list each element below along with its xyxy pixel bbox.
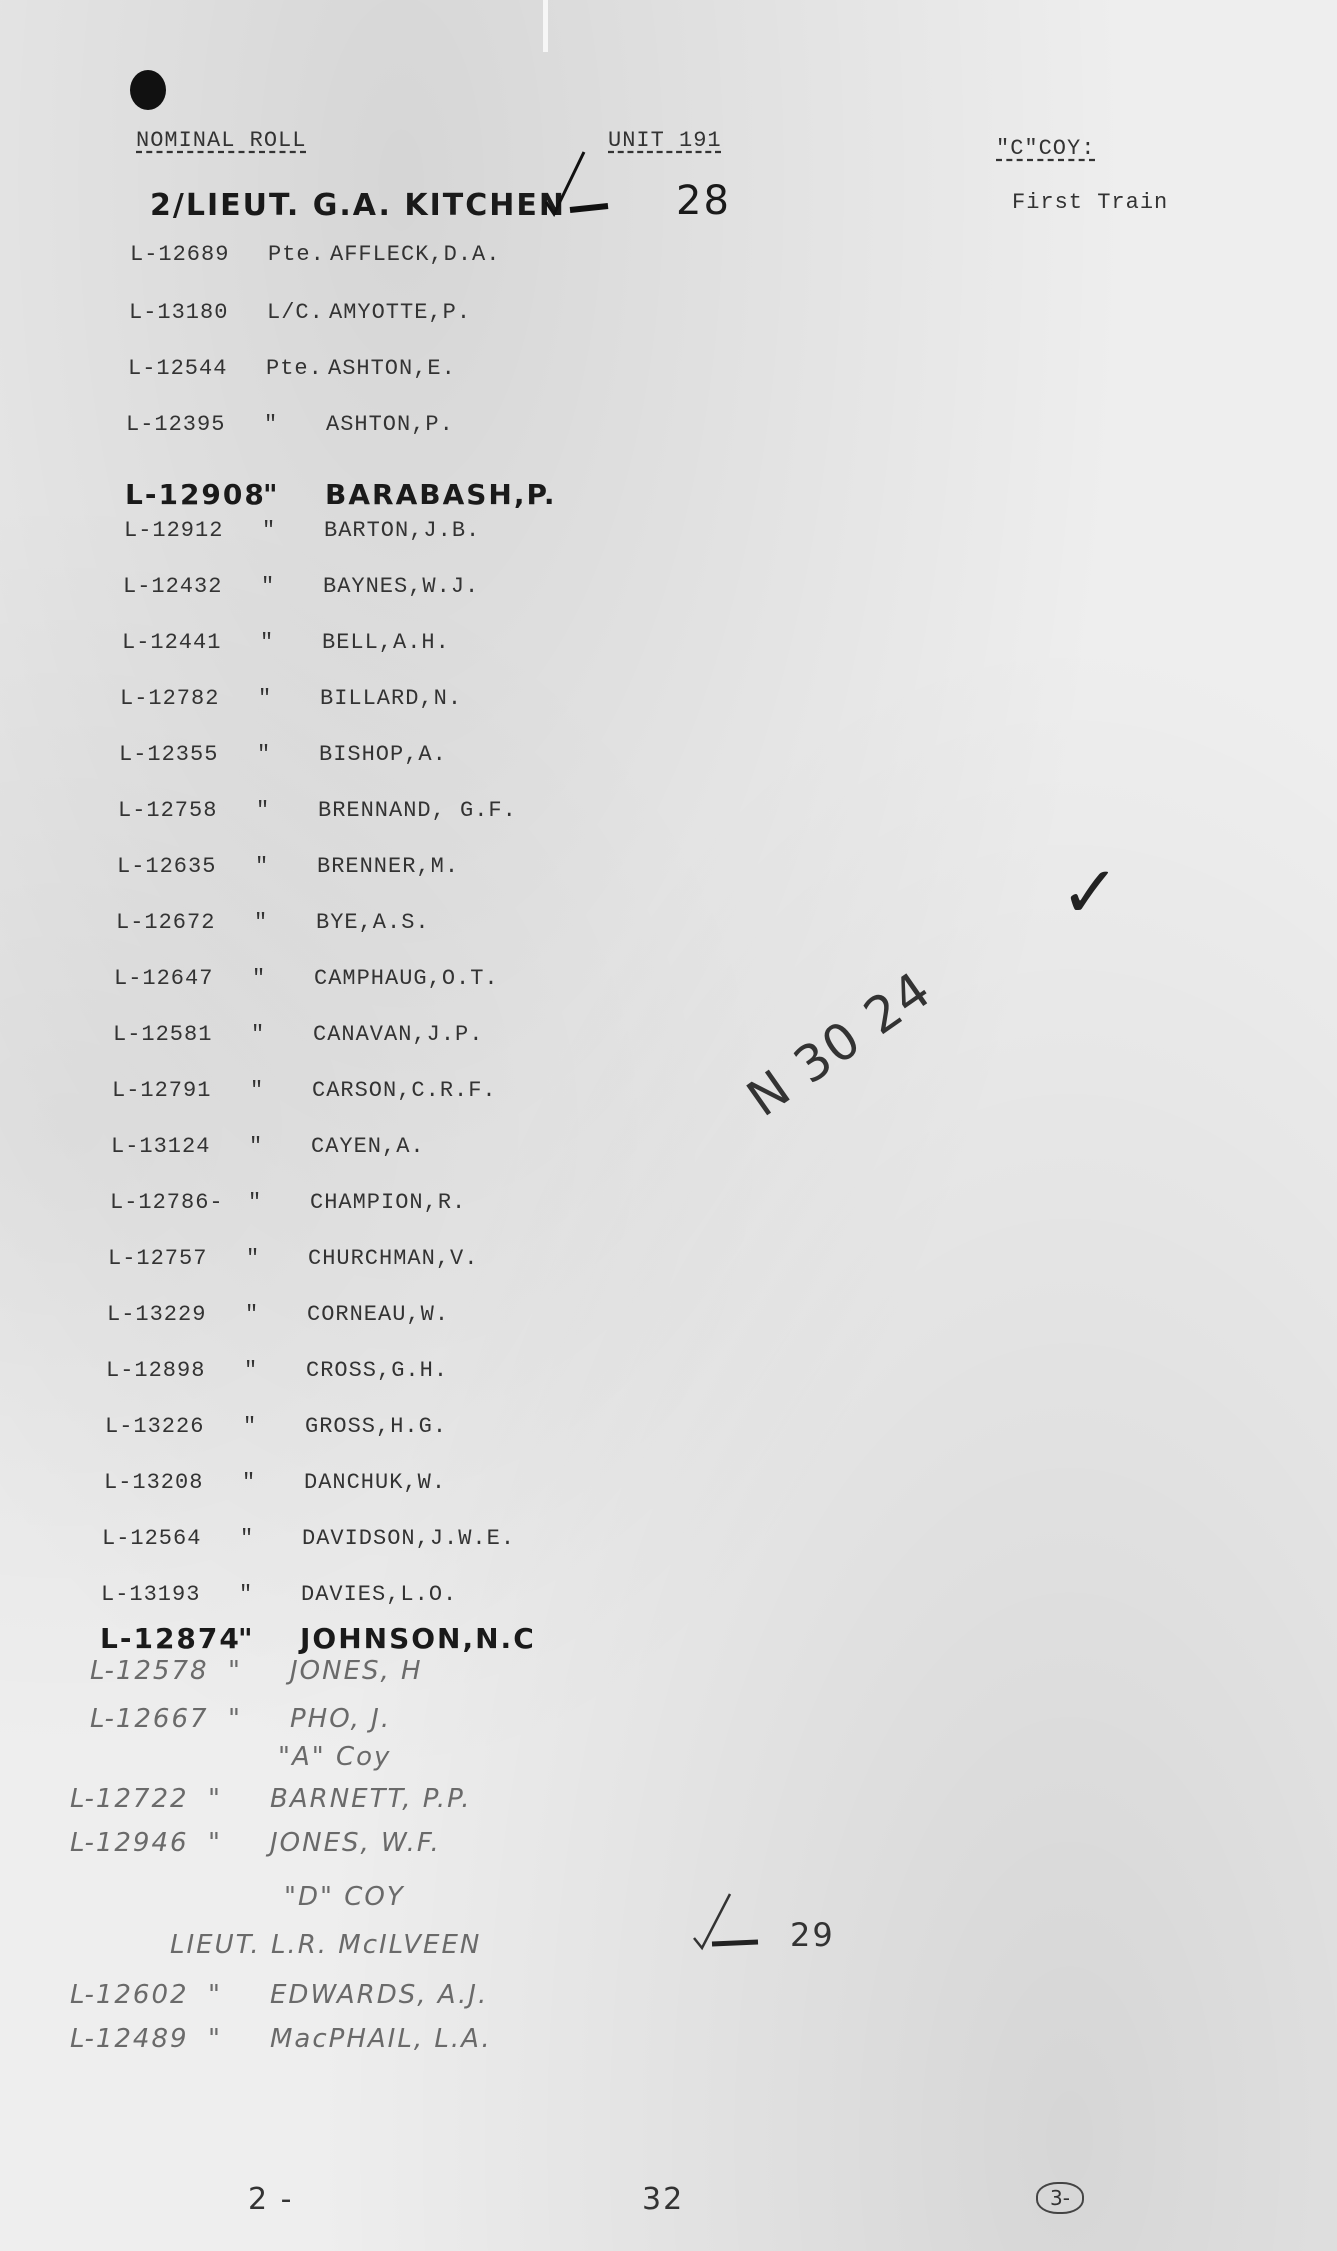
margin-annotation: N 30 24 <box>737 960 943 1128</box>
rank: " <box>208 1980 222 2010</box>
soldier-name: BARABASH,P. <box>325 478 557 511</box>
service-number: L-12672 <box>116 910 215 935</box>
scan-artifact <box>543 0 548 52</box>
tick-icon <box>690 1890 770 1960</box>
service-number: L-12544 <box>128 356 227 381</box>
service-number: L-12441 <box>122 630 221 655</box>
rank: " <box>242 1470 256 1495</box>
rank: Pte. <box>268 242 325 267</box>
service-number: L-12689 <box>130 242 229 267</box>
rank: " <box>208 1784 222 1814</box>
soldier-name: DANCHUK,W. <box>304 1470 446 1495</box>
service-number: L-13229 <box>107 1302 206 1327</box>
soldier-name: MacPHAIL, L.A. <box>270 2024 492 2054</box>
soldier-name: BRENNER,M. <box>317 854 459 879</box>
soldier-name: DAVIDSON,J.W.E. <box>302 1526 515 1551</box>
rank: " <box>243 1414 257 1439</box>
soldier-name: CHURCHMAN,V. <box>308 1246 478 1271</box>
service-number: L-12786- <box>110 1190 224 1215</box>
unit-label: UNIT 191 <box>608 128 722 153</box>
service-number: L-13124 <box>111 1134 210 1159</box>
rank: " <box>260 630 274 655</box>
rank: " <box>208 1828 222 1858</box>
soldier-name: BYE,A.S. <box>316 910 430 935</box>
soldier-name: ASHTON,E. <box>328 356 456 381</box>
service-number: L-12912 <box>124 518 223 543</box>
train-label: First Train <box>1012 190 1168 215</box>
soldier-name: BILLARD,N. <box>320 686 462 711</box>
rank: " <box>244 1358 258 1383</box>
service-number: L-12667 <box>90 1704 209 1734</box>
service-number: L-12946 <box>70 1828 189 1858</box>
soldier-name: CANAVAN,J.P. <box>313 1022 483 1047</box>
rank: " <box>257 742 271 767</box>
tick-icon <box>540 150 620 220</box>
rank: L/C. <box>267 300 324 325</box>
service-number: L-12791 <box>112 1078 211 1103</box>
rank: " <box>228 1656 242 1686</box>
service-number: L-12647 <box>114 966 213 991</box>
soldier-name: CROSS,G.H. <box>306 1358 448 1383</box>
service-number: L-12874 <box>100 1622 241 1655</box>
rank: Pte. <box>266 356 323 381</box>
margin-check-icon: ✓ <box>1060 850 1122 934</box>
rank: " <box>238 1622 255 1655</box>
soldier-name: ASHTON,P. <box>326 412 454 437</box>
service-number: L-12564 <box>102 1526 201 1551</box>
soldier-name: BRENNAND, G.F. <box>318 798 517 823</box>
service-number: L-12355 <box>119 742 218 767</box>
rank: " <box>250 1078 264 1103</box>
company-label: "C"COY: <box>996 136 1095 161</box>
rank: " <box>246 1246 260 1271</box>
section-d-officer: LIEUT. L.R. McILVEEN <box>170 1930 481 1960</box>
officer-handwritten: 2/LIEUT. G.A. KITCHEN <box>150 188 566 223</box>
soldier-name: DAVIES,L.O. <box>301 1582 457 1607</box>
service-number: L-13208 <box>104 1470 203 1495</box>
rank: " <box>249 1134 263 1159</box>
document-title: NOMINAL ROLL <box>136 128 306 153</box>
service-number: L-12489 <box>70 2024 189 2054</box>
rank: " <box>263 478 280 511</box>
soldier-name: PHO, J. <box>290 1704 391 1734</box>
soldier-name: CHAMPION,R. <box>310 1190 466 1215</box>
rank: " <box>228 1704 242 1734</box>
footer-left-number: 2 - <box>248 2182 293 2217</box>
service-number: L-12757 <box>108 1246 207 1271</box>
service-number: L-13180 <box>129 300 228 325</box>
service-number: L-12908 <box>125 478 266 511</box>
footer-circled-number: 3- <box>1036 2182 1084 2214</box>
service-number: L-12395 <box>126 412 225 437</box>
footer-page-number: 32 <box>642 2182 684 2217</box>
rank: " <box>240 1526 254 1551</box>
section-a-heading: "A" Coy <box>278 1742 391 1772</box>
scanned-document-page: NOMINAL ROLL UNIT 191 "C"COY: First Trai… <box>0 0 1337 2251</box>
service-number: L-12578 <box>90 1656 209 1686</box>
rank: " <box>251 1022 265 1047</box>
rank: " <box>262 518 276 543</box>
soldier-name: BAYNES,W.J. <box>323 574 479 599</box>
officer-count: 28 <box>676 178 731 224</box>
soldier-name: BARNETT, P.P. <box>270 1784 472 1814</box>
soldier-name: CORNEAU,W. <box>307 1302 449 1327</box>
soldier-name: CARSON,C.R.F. <box>312 1078 497 1103</box>
rank: " <box>248 1190 262 1215</box>
soldier-name: BISHOP,A. <box>319 742 447 767</box>
soldier-name: JOHNSON,N.C <box>300 1622 536 1655</box>
rank: " <box>261 574 275 599</box>
service-number: L-12602 <box>70 1980 189 2010</box>
service-number: L-12635 <box>117 854 216 879</box>
rank: " <box>255 854 269 879</box>
rank: " <box>252 966 266 991</box>
soldier-name: JONES, H <box>290 1656 423 1686</box>
service-number: L-12898 <box>106 1358 205 1383</box>
soldier-name: EDWARDS, A.J. <box>270 1980 488 2010</box>
soldier-name: CAYEN,A. <box>311 1134 425 1159</box>
rank: " <box>256 798 270 823</box>
soldier-name: AMYOTTE,P. <box>329 300 471 325</box>
ink-blot <box>130 70 166 110</box>
rank: " <box>258 686 272 711</box>
soldier-name: JONES, W.F. <box>270 1828 441 1858</box>
soldier-name: AFFLECK,D.A. <box>330 242 500 267</box>
soldier-name: CAMPHAUG,O.T. <box>314 966 499 991</box>
soldier-name: GROSS,H.G. <box>305 1414 447 1439</box>
soldier-name: BELL,A.H. <box>322 630 450 655</box>
service-number: L-12581 <box>113 1022 212 1047</box>
rank: " <box>245 1302 259 1327</box>
service-number: L-13193 <box>101 1582 200 1607</box>
service-number: L-12782 <box>120 686 219 711</box>
section-d-count: 29 <box>790 1916 835 1954</box>
rank: " <box>264 412 278 437</box>
service-number: L-12432 <box>123 574 222 599</box>
rank: " <box>254 910 268 935</box>
service-number: L-12758 <box>118 798 217 823</box>
service-number: L-13226 <box>105 1414 204 1439</box>
service-number: L-12722 <box>70 1784 189 1814</box>
soldier-name: BARTON,J.B. <box>324 518 480 543</box>
rank: " <box>239 1582 253 1607</box>
section-d-heading: "D" COY <box>284 1882 405 1912</box>
rank: " <box>208 2024 222 2054</box>
